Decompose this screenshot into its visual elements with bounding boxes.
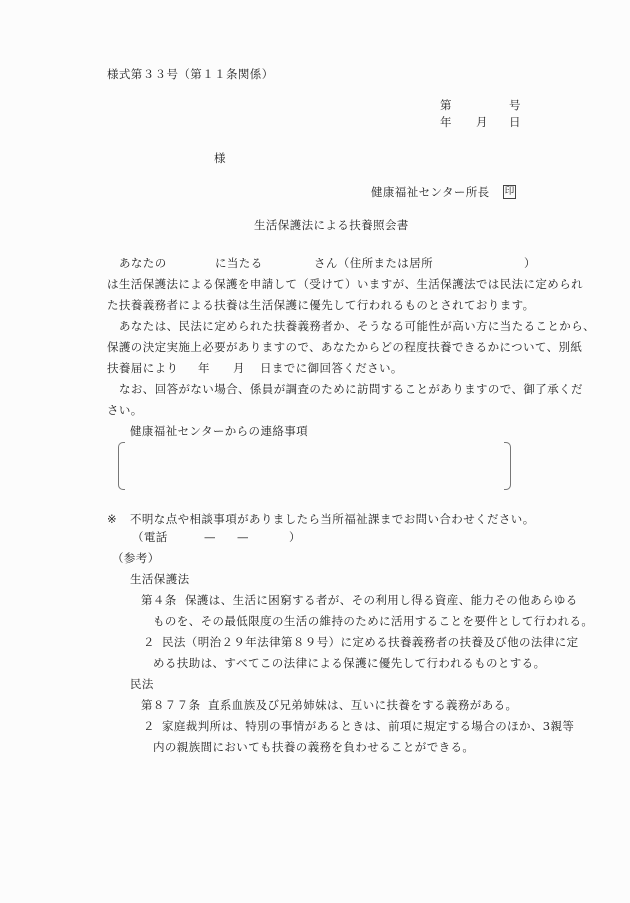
law2-para2-line2: 内の親族間においても扶養の義務を負わせることができる。 <box>153 740 474 754</box>
body-line2: は生活保護法による保護を申請して（受けて）いますが、生活保護法では民法に定められ <box>107 277 583 291</box>
number-prefix: 第 <box>440 98 452 112</box>
date-month: 月 <box>476 115 488 129</box>
body-line6-month: 月 <box>233 361 245 375</box>
body-line8: さい。 <box>107 403 143 417</box>
law1-name: 生活保護法 <box>130 572 190 586</box>
phone-label: （電話 <box>132 530 168 544</box>
body-line7: なお、回答がない場合、係員が調査のために訪問することがありますので、御了承くだ <box>119 382 583 396</box>
sender-title: 健康福祉センター所長 <box>371 185 490 199</box>
body-line1-b: に当たる <box>215 256 263 270</box>
date-year: 年 <box>440 115 452 129</box>
form-number: 様式第３３号（第１１条関係） <box>107 67 274 81</box>
phone-close: ） <box>289 530 301 544</box>
law2-para1-line1: 直系血族及び兄弟姉妹は、互いに扶養をする義務がある。 <box>208 698 517 712</box>
law2-para2-num: ２ <box>143 719 155 733</box>
law1-para1-line1: 保護は、生活に困窮する者が、その利用し得る資産、能力その他あらゆる <box>185 593 578 607</box>
note-text: 不明な点や相談事項がありましたら当所福祉課までお問い合わせください。 <box>130 512 535 526</box>
law2-name: 民法 <box>130 677 154 691</box>
contact-content-area <box>128 444 500 488</box>
law1-para2-num: ２ <box>143 635 155 649</box>
law1-para2-line2: める扶助は、すべてこの法律による保護に優先して行われるものとする。 <box>153 656 545 670</box>
body-line1-c: さん（住所または居所 <box>314 256 433 270</box>
body-line6-year: 年 <box>198 361 210 375</box>
body-line1-a: あなたの <box>119 256 167 270</box>
body-line5: 保護の決定実施上必要がありますので、あなたからどの程度扶養できるかについて、別紙 <box>107 340 582 354</box>
body-line6-a: 扶養届により <box>107 361 178 375</box>
law1-para1-line2: ものを、その最低限度の生活の維持のために活用することを要件として行われる。 <box>153 614 593 628</box>
phone-dash-1: — <box>204 530 216 544</box>
law2-article: 第８７７条 <box>141 698 201 712</box>
contact-label: 健康福祉センターからの連絡事項 <box>130 424 308 438</box>
document-title: 生活保護法による扶養照会書 <box>254 218 409 232</box>
law1-article: 第４条 <box>141 593 177 607</box>
body-line1-d: ） <box>524 256 536 270</box>
body-line6-b: 日までに御回答ください。 <box>260 361 403 375</box>
date-day: 日 <box>509 115 521 129</box>
body-line4: あなたは、民法に定められた扶養義務者か、そうなる可能性が高い方に当たることから、 <box>119 319 595 333</box>
recipient-suffix: 様 <box>214 151 226 165</box>
reference-heading: （参考） <box>112 551 160 565</box>
law2-para2-line1: 家庭裁判所は、特別の事情があるときは、前項に規定する場合のほか、3親等 <box>162 719 574 733</box>
phone-dash-2: — <box>237 530 249 544</box>
note-mark: ※ <box>107 512 117 526</box>
contact-bracket-right <box>504 442 511 490</box>
law1-para2-line1: 民法（明治２９年法律第８９号）に定める扶養義務者の扶養及び他の法律に定 <box>162 635 579 649</box>
number-suffix: 号 <box>509 98 521 112</box>
seal-stamp: 印 <box>503 185 516 199</box>
contact-bracket-left <box>118 442 125 490</box>
body-line3: た扶養義務者による扶養は生活保護に優先して行われるものとされております。 <box>107 298 534 312</box>
